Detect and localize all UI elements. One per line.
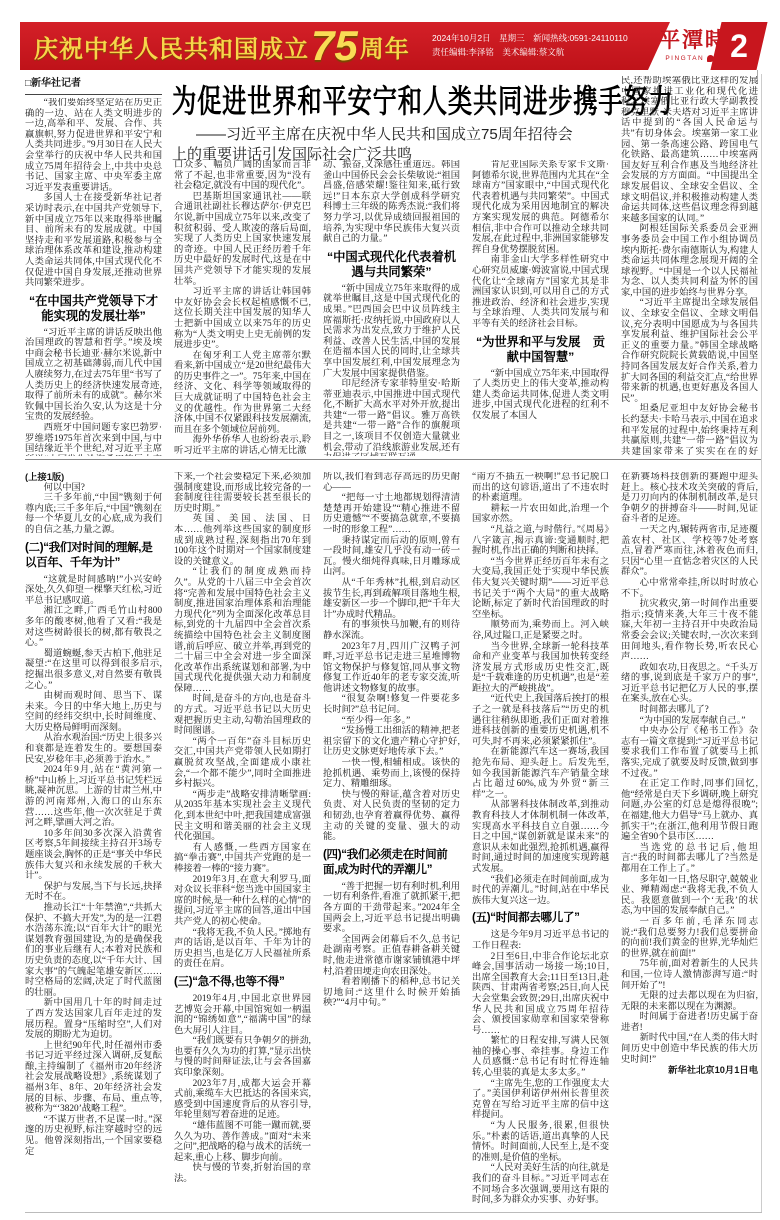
main-headline-text: 为促进世界和平安宁和人类共同进步携手努力: [172, 76, 674, 122]
paragraph: “让我们的制度成熟而持久”。从党的十八届三中全会首次将“完善和发展中国特色社会主…: [174, 567, 311, 694]
paragraph: 当今世界,全球新一轮科技革命和产业变革与我国加快转变经济发展方式形成历史性交汇,…: [472, 642, 609, 695]
paragraph: 何以中国?: [25, 483, 162, 494]
paragraph: 这是今年9月习近平总书记的工作日程表:: [472, 930, 609, 951]
bottom-article-column-1: (上接1版)何以中国?三千多年前,“中国”镌刻于何尊内底;三千多年后,“中国”镌…: [25, 472, 162, 1210]
paragraph: 口众多、幅员广阔的国家而言非常了不起,也非常重要,因为“没有社会稳定,就没有中国…: [174, 160, 311, 192]
paragraph: 动、振奋,又深感任重道远。韩国釜山中国侨民会会长柴敏说:“祖国昌盛,倍感荣耀!鉴…: [323, 160, 460, 245]
paragraph: 一快一慢,相辅相成。该快的抢抓机遇、乘势而上,该慢的保持定力、精雕细琢。: [323, 758, 460, 790]
paragraph: 在新赛场科技创新的赛跑中迎头赶上。核心技术攻关突破的背后,是刀刃向内的体制机制改…: [621, 472, 758, 525]
paragraph: 所以,我们看到志存高远的历史耐心——: [323, 472, 460, 493]
paragraph: 有的事须快马加鞭,有的则待静水深流。: [323, 620, 460, 641]
paragraph: 2日至6日,中非合作论坛北京峰会,国事活动一场接一场;10日,出席全国教育大会;…: [472, 952, 609, 1037]
bottom-article-column-2: 下来,一个社会要稳定下来,必须加强制度建设,而形成比较完备的一套制度往往需要较长…: [174, 472, 311, 1210]
paragraph: 习近平主席的讲话让韩国韩中友好协会会长权起植感慨不已,这位长期关注中国发展的知华…: [174, 287, 311, 351]
section-heading: (四)“我们必须走在时间前面,成为时代的弄潮儿”: [323, 848, 460, 878]
paragraph: “善于把握一切有利时机,利用一切有利条件,看准了就抓紧干,把各方面的干劲带起来。…: [323, 882, 460, 935]
top-article-column-2: 口众多、幅员广阔的国家而言非常了不起,也非常重要,因为“没有社会稳定,就没有中国…: [174, 160, 311, 456]
paragraph: 时间,是奋斗的方向,也是奋斗的方式。习近平总书记以大历史观把握历史主动,勾勒治国…: [174, 694, 311, 736]
paragraph: “人民对美好生活的向往,就是我们的奋斗目标。”习近平同志在不同场合多次强调,要用…: [472, 1163, 609, 1205]
paragraph: 在匈牙利工人党主席蒂尔默看来,新中国成立“是20世纪最伟大的历史事件之一”。75…: [174, 351, 311, 436]
paragraph: 在正定工作时,同事们回忆,他“经常是白天下乡调研,晚上研究问题,办公室的灯总是熄…: [621, 779, 758, 843]
paragraph: “为中国的发展奉献自己。”: [621, 716, 758, 727]
paragraph: 心中常常牵挂,所以时时放心不下。: [621, 578, 758, 599]
page-number-badge: 2: [710, 22, 767, 70]
bottom-article: (上接1版)何以中国?三千多年前,“中国”镌刻于何尊内底;三千多年后,“中国”镌…: [20, 470, 762, 1210]
paragraph: 英国、美国、法国、日本……他列举这些国家的制度形成到成熟过程,深刻指出70年到1…: [174, 514, 311, 567]
paragraph: “发扬慢工出细活的精神,把老祖宗留下的文化遗产精心守护好,让历史文脉更好地传承下…: [323, 726, 460, 758]
paragraph: 从“千年秀林”扎根,到启动区拔节生长,再到疏解项目落地生根,雄安新区一步一个脚印…: [323, 578, 460, 620]
paragraph: “南方不插五一秧啊!”总书记脱口而出的这句谚语,道出了不违农时的朴素道理。: [472, 472, 609, 504]
paragraph: 下来,一个社会要稳定下来,必须加强制度建设,而形成比较完备的一套制度往往需要较长…: [174, 472, 311, 514]
paragraph: 肯尼亚国际关系专家卡文斯·阿德希尔说,世界范围内尤其在“全球南方”国家眼中,“中…: [472, 160, 609, 255]
subheading: “在中国共产党领导下才能实现的发展壮举”: [25, 294, 162, 324]
paragraph: 繁忙的日程安排,写满人民领袖的操心事、牵挂事。身边工作人员感慨:“总书记有时忙得…: [472, 1036, 609, 1078]
paragraph: 抗灾救灾,第一时间作出重要指示;疫情来袭,大年三十夜不能寐,大年初一主持召开中央…: [621, 599, 758, 663]
paragraph: “我们既要有只争朝夕的拼劲,也要有久久为功的打算,”显示出快与慢的时间辩证法,让…: [174, 1036, 311, 1078]
paragraph: 秉持谋定而后动的原则,曾有一段时间,雄安几乎没有动一砖一瓦。慢火细炖得真味,日月…: [323, 536, 460, 578]
newspaper-page: 庆祝中华人民共和国成立75周年 2024年10月2日 星期三 新闻热线:0591…: [0, 0, 780, 1220]
paragraph: “很复杂啊!修复一件要花多长时间?”总书记问。: [323, 694, 460, 715]
page-bottom-rule: [25, 1212, 762, 1213]
paragraph: 阿根廷国际关系委员会亚洲事务委员会中国工作小组协调员埃内斯托·费尔南德斯认为,构…: [621, 224, 758, 298]
paragraph: 新时代中国,“在人类的伟大时间历史中创造中华民族的伟大历史时间!”: [621, 1033, 758, 1065]
slogan-suffix: 周年: [360, 29, 410, 64]
paragraph: 有人感慨,一些西方国家在搞“拳击赛”,中国共产党跑的是一棒接着一棒的“接力赛”。: [174, 843, 311, 875]
paragraph: 新中国用几十年的时间走过了西方发达国家几百年走过的发展历程。置身“压缩时空”,人…: [25, 998, 162, 1040]
paragraph: 一百多年前,毛泽东同志说:“我们总要努力!我们总要拼命的向前!我们黄金的世界,光…: [621, 917, 758, 959]
paragraph: “新中国成立75年来取得的成就举世瞩目,这是中国式现代化的成果。”巴西国会巴中议…: [323, 284, 460, 379]
paragraph: “近代史上,我国落后挨打的根子之一就是科技落后”“历史的机遇往往稍纵即逝,我们正…: [472, 694, 609, 747]
paragraph: “我将无我,不负人民。”掷地有声的话语,是以百年、千年为计的历史担当,也是亿万人…: [174, 928, 311, 970]
paragraph: “凡益之道,与时偕行。”《周易》八字箴言,揭示真谛:变通顺时,把握时机,作出正确…: [472, 525, 609, 557]
paragraph: 75年前,面对着新生的人民共和国,一位诗人激情澎湃写道:“时间开始了”!: [621, 959, 758, 991]
page-number: 2: [716, 22, 762, 70]
paragraph: 海外华侨华人也纷纷表示,聆听习近平主席的讲话,心情无比激: [174, 435, 311, 456]
bottom-article-column-5: 在新赛场科技创新的赛跑中迎头赶上。核心技术攻关突破的背后,是刀刃向内的体制机制改…: [621, 472, 758, 1210]
headline-block: 为促进世界和平安宁和人类共同进步携手努力 ——习近平主席在庆祝中华人民共和国成立…: [172, 76, 619, 165]
paragraph: 快与慢的节奏,折射治国的章法。: [174, 1163, 311, 1184]
paragraph: 2024年9月,站在“黄河第一桥”中山桥上,习近平总书记凭栏远眺,凝神沉思。上游…: [25, 765, 162, 829]
bottom-article-column-3: 所以,我们看到志存高远的历史耐心——“把每一寸土地都规划得清清楚楚再开始建设”“…: [323, 472, 460, 1210]
paragraph: 在新能源汽车这一赛场,我国抢先布局、迎头赶上。后发先至,如今我国新能源汽车产销量…: [472, 747, 609, 800]
paragraph: “我们要始终坚定站在历史正确的一边、站在人类文明进步的一边,高举和平、发展、合作…: [25, 98, 162, 193]
banner-slogan: 庆祝中华人民共和国成立75周年: [34, 22, 410, 70]
paragraph: 印尼经济专家菲特里安·哈斯蒂亚迪表示,中国推进中国式现代化,不断扩大高水平对外开…: [323, 379, 460, 456]
subheading: “中国式现代化代表着机遇与共同繁荣”: [323, 250, 460, 280]
paragraph: 快与慢的辩证,蕴含着对历史负责、对人民负责的坚韧的定力和韧劲,也孕育着赢得优势、…: [323, 790, 460, 843]
paragraph: “我们必须走在时间前面,成为时代的弄潮儿。”时间,站在中华民族伟大复兴这一边。: [472, 875, 609, 907]
paragraph: 坦桑尼亚坦中友好协会秘书长约瑟夫·卡哈马表示,中国在追求和平发展的过程中,始终秉…: [621, 404, 758, 456]
paragraph: 多国人士在接受新华社记者采访时表示,在中国共产党领导下,新中国成立75年以来取得…: [25, 193, 162, 288]
top-article-column-3: 动、振奋,又深感任重道远。韩国釜山中国侨民会会长柴敏说:“祖国昌盛,倍感荣耀!鉴…: [323, 160, 460, 456]
paragraph: 南非金山大学多样性研究中心研究员威廉·姆波富说,中国式现代化让“全球南方”国家尤…: [472, 255, 609, 329]
paragraph: 湘江之畔,广西毛竹山村800多年的酸枣树,他看了又看:“我是对这些树龄很长的树,…: [25, 606, 162, 648]
paragraph: 政如农功,日夜思之。“千头万绪的事,说到底是千家万户的事”,习近平总书记把亿万人…: [621, 663, 758, 705]
top-article: □新华社记者 为促进世界和平安宁和人类共同进步携手努力 ——习近平主席在庆祝中华…: [20, 74, 762, 458]
top-article-column-5: 民,还帮助埃塞俄比亚这样的发展中国家推进工业化和现代化进程。”埃塞俄比亚行政大学…: [621, 76, 758, 456]
section-heading: (二)“我们对时间的理解,是以百年、千年为计”: [25, 541, 162, 571]
top-article-column-4: 肯尼亚国际关系专家卡文斯·阿德希尔说,世界范围内尤其在“全球南方”国家眼中,“中…: [472, 160, 609, 456]
paragraph: “两个一百年”奋斗目标历史交汇,中国共产党带领人民如期打赢脱贫攻坚战,全面建成小…: [174, 737, 311, 790]
paragraph: 由树而观时间、思当下、谋未来。今日的中华大地上,历史与空间的经纬交织中,长时间维…: [25, 691, 162, 733]
paragraph: 上世纪90年代,时任福州市委书记习近平经过深入调研,反复酝酿,主持编制了《福州市…: [25, 1041, 162, 1115]
paragraph: 2023年7月,成都大运会开幕式前,乘缆车大巴抵达的各国来宾,感受到中国速度背后…: [174, 1079, 311, 1121]
paragraph: 顺势而为,乘势而上。河入峡谷,风过隘口,正是紧要之时。: [472, 620, 609, 641]
paragraph: “习近平主席提出全球发展倡议、全球安全倡议、全球文明倡议,充分表明中国愿成为与各…: [621, 298, 758, 404]
page-right-rule: [761, 74, 762, 1212]
section-heading: (三)“急不得,也等不得”: [174, 975, 311, 990]
paragraph: “两步走”战略安排清晰擘画:从2035年基本实现社会主义现代化,到本世纪中叶,把…: [174, 790, 311, 843]
paragraph: “这就是时间感呐!”小兴安岭深处,久久仰望一棵擎天红松,习近平总书记感叹道。: [25, 575, 162, 607]
paragraph: 2023年7月,四川广汉鸭子河畔,习近平总书记走进三星堆博物馆文物保护与修复馆,…: [323, 642, 460, 695]
paragraph: 时间属于奋进者!历史属于奋进者!: [621, 1012, 758, 1033]
bottom-article-column-4: “南方不插五一秧啊!”总书记脱口而出的这句谚语,道出了不违农时的朴素道理。耕耘一…: [472, 472, 609, 1210]
paragraph: 一天之内,辗转两省市,足迹覆盖农村、社区、学校等7处考察点,冒着严寒而往,沐着夜…: [621, 525, 758, 578]
paragraph: 从部署科技体制改革,到推动教育科技人才体制机制一体改革,实现高水平科技自立自强……: [472, 800, 609, 874]
paragraph: 时间都去哪儿了?: [621, 705, 758, 716]
paragraph: 保护与发展,当下与长远,抉择无时不在。: [25, 882, 162, 903]
celebration-banner: 庆祝中华人民共和国成立75周年 2024年10月2日 星期三 新闻热线:0591…: [20, 22, 670, 70]
paragraph: 2019年3月,在意大利罗马,面对众议长菲科“您当选中国国家主席的时候,是一种什…: [174, 875, 311, 928]
dateline: 新华社北京10月1日电: [621, 1065, 758, 1076]
issue-editor-line: 责任编辑:李泽铭 美术编辑:蔡文航: [432, 45, 672, 59]
issue-info: 2024年10月2日 星期三 新闻热线:0591-24110110 责任编辑:李…: [432, 31, 672, 59]
section-heading: (五)“时间都去哪儿了”: [472, 911, 609, 926]
paragraph: “新中国成立75年来,中国取得了人类历史上的伟大变革,推动构建人类命运共同体,促…: [472, 369, 609, 422]
paragraph: 当选党的总书记后,他坦言:“我的时间都去哪儿了?当然是都用在工作上了。”: [621, 843, 758, 875]
paragraph: 巴基斯坦国家通讯社——联合通讯社副社长穆达萨尔·伊克巴尔说,新中国成立75年以来…: [174, 192, 311, 287]
continuation-note: (上接1版): [25, 472, 162, 483]
paragraph: 2019年4月,中国北京世界园艺博览会开幕,中国馆宛如一柄温润的“锦绣如意”,“…: [174, 994, 311, 1036]
paragraph: 推动长江“十年禁渔”,“共抓大保护、不搞大开发”,为的是一江碧水浩荡东流;以“百…: [25, 903, 162, 998]
paragraph: 从治水观治国:“历史上很多兴和衰都是连着发生的。要想国泰民安,岁稔年丰,必须善于…: [25, 733, 162, 765]
paragraph: “主席先生,您的工作强度太大了。”美国伊利诺伊州州长普里茨克曾在写给习近平主席的…: [472, 1079, 609, 1121]
slogan-number-75: 75: [311, 22, 358, 70]
paragraph: 中央办公厅《秘书工作》杂志有一篇文章提到:“习近平总书记要求我们工作布置了就要马…: [621, 726, 758, 779]
paragraph: 三千多年前,“中国”镌刻于何尊内底;三千多年后,“中国”镌刻在每一个华夏儿女的心…: [25, 493, 162, 535]
issue-date-line: 2024年10月2日 星期三 新闻热线:0591-24110110: [432, 31, 672, 45]
paragraph: 10多年间30多次深入沿黄省区考察,5年间接续主持召开3场专题座谈会,胸怀的正是…: [25, 829, 162, 882]
paragraph: 耕耘一片农田如此,治理一个国家亦然。: [472, 504, 609, 525]
paragraph: “为人民服务,很累,但很快乐。”朴素的话语,道出真挚的人民情怀。时间面前,人民至…: [472, 1121, 609, 1163]
paragraph: 看着刚播下的稻种,总书记关切地问:“这里什么时候开始插秧?”“4月中旬。”: [323, 977, 460, 1009]
subtitle-line-1: ——习近平主席在庆祝中华人民共和国成立75周年招待会: [172, 125, 619, 145]
paragraph: “把每一寸土地都规划得清清楚楚再开始建设”“精心推进不留历史遗憾”“不要搞急就章…: [323, 493, 460, 535]
paragraph: “至少得一年多。”: [323, 716, 460, 727]
paragraph: 民,还帮助埃塞俄比亚这样的发展中国家推进工业化和现代化进程。”埃塞俄比亚行政大学…: [621, 76, 758, 224]
paragraph: 多年如一日,恪尽职守,兢兢业业、殚精竭虑:“我将无我,不负人民。我愿意做到一个‘…: [621, 875, 758, 917]
paragraph: “习近平主席的讲话反映出他治国理政的智慧和哲学。”埃及埃中商会秘书长迪亚·赫尔米…: [25, 328, 162, 423]
slogan-prefix: 庆祝中华人民共和国成立: [34, 29, 309, 64]
paragraph: 全国两会闭幕后不久,总书记赴湖南考察。正值春耕备耕关键时,他走进常德市谢家铺镇港…: [323, 935, 460, 977]
paragraph: 蜀道蜿蜒,参天古柏下,他驻足凝望:“在这里可以得到很多启示,挖掘出很多意义,对自…: [25, 649, 162, 691]
latin-left: PINGTAN: [665, 55, 704, 62]
byline: □新华社记者: [25, 74, 162, 95]
main-headline: 为促进世界和平安宁和人类共同进步携手努力: [172, 76, 619, 120]
subheading: “为世界和平与发展 贡献中国智慧”: [472, 335, 609, 365]
top-article-column-1: “我们要始终坚定站在历史正确的一边、站在人类文明进步的一边,高举和平、发展、合作…: [25, 98, 162, 456]
paragraph: “当今世界正经历百年未有之大变局,我国正处于实现中华民族伟大复兴关键时期”——习…: [472, 557, 609, 621]
paragraph: “不谋万世者,不足谋一时。”深邃的历史视野,标注穿越时空的远见。他曾深刻指出,一…: [25, 1115, 162, 1157]
paragraph: 西班牙中国问题专家巴勃罗·罗维塔1975年首次来到中国,与中国结缘近半个世纪,对…: [25, 423, 162, 456]
paragraph: 无限的过去都以现在为归宿,无限的未来都以现在为渊源。: [621, 991, 758, 1012]
article-divider-rule: [25, 459, 762, 460]
paragraph: “雄伟蓝图不可能一蹴而就,要久久为功、善作善成。”面对“未来之问”,把战略的稳与…: [174, 1121, 311, 1163]
